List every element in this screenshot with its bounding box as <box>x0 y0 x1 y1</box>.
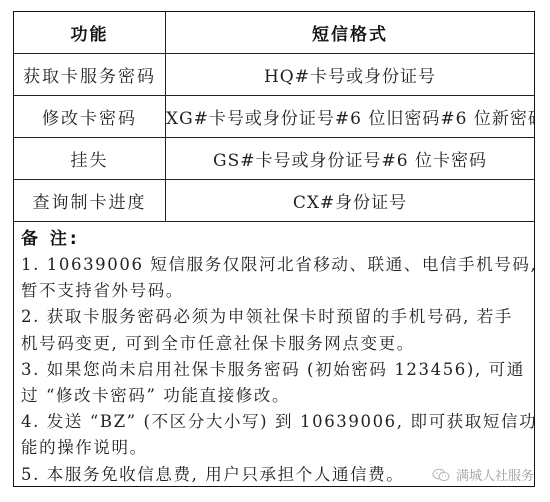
note-line: 过 “修改卡密码” 功能直接修改。 <box>21 383 528 409</box>
notes-section: 备 注: 1. 10639006 短信服务仅限河北省移动、联通、电信手机号码, … <box>14 222 534 488</box>
watermark-text: 满城人社服务 <box>456 465 534 484</box>
header-function: 功能 <box>14 12 166 54</box>
format-cell: CX#身份证号 <box>166 180 535 222</box>
table-row: 修改卡密码 XG#卡号或身份证号#6 位旧密码#6 位新密码 <box>14 96 534 138</box>
function-cell: 修改卡密码 <box>14 96 166 138</box>
wechat-icon <box>432 468 450 482</box>
note-line: 4. 发送 “BZ” (不区分大小写) 到 10639006, 即可获取短信功 <box>21 409 528 435</box>
table-row: 获取卡服务密码 HQ#卡号或身份证号 <box>14 54 534 96</box>
note-line: 3. 如果您尚未启用社保卡服务密码 (初始密码 123456), 可通 <box>21 357 528 383</box>
function-cell: 查询制卡进度 <box>14 180 166 222</box>
function-cell: 挂失 <box>14 138 166 180</box>
notes-title: 备 注: <box>21 226 528 252</box>
table-row: 挂失 GS#卡号或身份证号#6 位卡密码 <box>14 138 534 180</box>
sms-format-table: 功能 短信格式 获取卡服务密码 HQ#卡号或身份证号 修改卡密码 XG#卡号或身… <box>14 12 534 222</box>
format-cell: XG#卡号或身份证号#6 位旧密码#6 位新密码 <box>166 96 535 138</box>
sms-service-sheet: 功能 短信格式 获取卡服务密码 HQ#卡号或身份证号 修改卡密码 XG#卡号或身… <box>13 11 535 487</box>
function-cell: 获取卡服务密码 <box>14 54 166 96</box>
header-sms-format: 短信格式 <box>166 12 535 54</box>
note-line: 1. 10639006 短信服务仅限河北省移动、联通、电信手机号码, <box>21 252 528 278</box>
format-cell: HQ#卡号或身份证号 <box>166 54 535 96</box>
note-line: 机号码变更, 可到全市任意社保卡服务网点变更。 <box>21 331 528 357</box>
note-line: 2. 获取卡服务密码必须为申领社保卡时预留的手机号码, 若手 <box>21 304 528 330</box>
note-line: 暂不支持省外号码。 <box>21 278 528 304</box>
format-cell: GS#卡号或身份证号#6 位卡密码 <box>166 138 535 180</box>
table-row: 查询制卡进度 CX#身份证号 <box>14 180 534 222</box>
table-header-row: 功能 短信格式 <box>14 12 534 54</box>
watermark: 满城人社服务 <box>432 465 534 484</box>
note-line: 能的操作说明。 <box>21 435 528 461</box>
